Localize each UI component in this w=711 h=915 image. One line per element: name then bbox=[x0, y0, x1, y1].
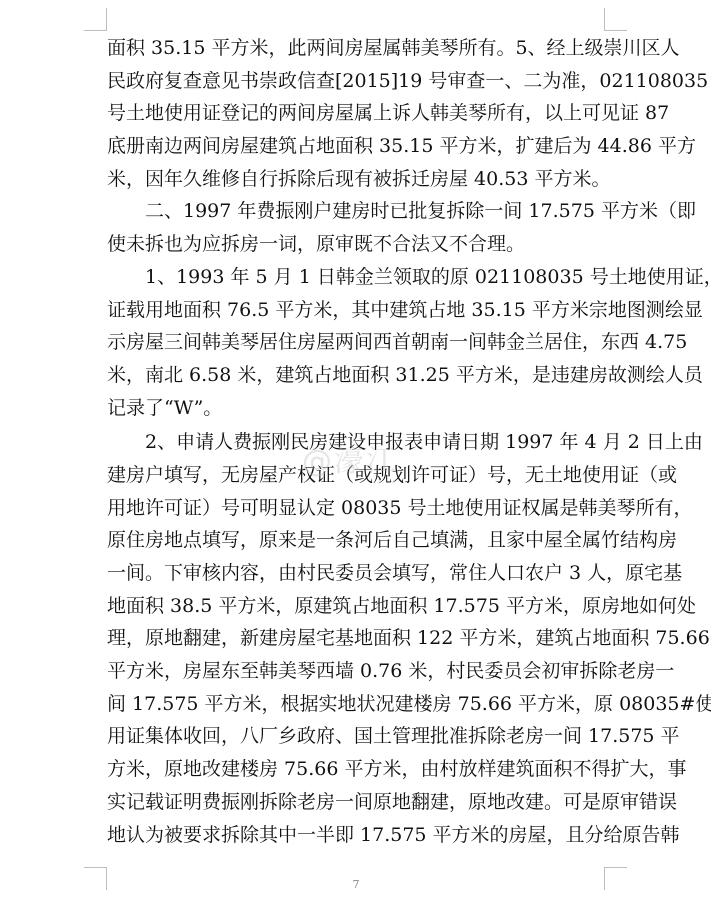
margin-corner-mark-bottom-left bbox=[84, 867, 107, 890]
text-line: 证载用地面积 76.5 平方米，其中建筑占地 35.15 平方米宗地图测绘显 bbox=[107, 294, 604, 327]
text-line: 建房户填写，无房屋产权证（或规划许可证）号，无土地使用证（或 bbox=[107, 459, 604, 492]
text-line: 一间。下审核内容，由村民委员会填写，常住人口农户 3 人，原宅基 bbox=[107, 557, 604, 590]
text-line: 民政府复查意见书崇政信查[2015]19 号审查一、二为准，021108035 bbox=[107, 65, 604, 98]
margin-corner-mark-top-right bbox=[604, 8, 627, 31]
text-line: 面积 35.15 平方米，此两间房屋属韩美琴所有。5、经上级崇川区人 bbox=[107, 32, 604, 65]
text-line: 使未拆也为应拆房一词，原审既不合法又不合理。 bbox=[107, 228, 604, 261]
text-line: 二、1997 年费振刚户建房时已批复拆除一间 17.575 平方米（即 bbox=[107, 195, 604, 228]
text-line: 方米，原地改建楼房 75.66 平方米，由村放样建筑面积不得扩大，事 bbox=[107, 753, 604, 786]
text-line: 地认为被要求拆除其中一半即 17.575 平方米的房屋，且分给原告韩 bbox=[107, 819, 604, 852]
text-line: 实记载证明费振刚拆除老房一间原地翻建，原地改建。可是原审错误 bbox=[107, 786, 604, 819]
page-number: 7 bbox=[350, 878, 362, 891]
text-line: 理，原地翻建，新建房屋宅基地面积 122 平方米，建筑占地面积 75.66 bbox=[107, 622, 604, 655]
paragraph: 2、申请人费振刚民房建设申报表申请日期 1997 年 4 月 2 日上由 建房户… bbox=[107, 426, 604, 851]
margin-corner-mark-bottom-right bbox=[604, 867, 627, 890]
paragraph: 二、1997 年费振刚户建房时已批复拆除一间 17.575 平方米（即 使未拆也… bbox=[107, 195, 604, 260]
text-line: 平方米，房屋东至韩美琴西墙 0.76 米，村民委员会初审拆除老房一 bbox=[107, 655, 604, 688]
text-line: 底册南边两间房屋建筑占地面积 35.15 平方米，扩建后为 44.86 平方 bbox=[107, 130, 604, 163]
document-page: 面积 35.15 平方米，此两间房屋属韩美琴所有。5、经上级崇川区人 民政府复查… bbox=[0, 0, 711, 915]
text-line: 2、申请人费振刚民房建设申报表申请日期 1997 年 4 月 2 日上由 bbox=[107, 426, 604, 459]
text-line: 用地许可证）号可明显认定 08035 号土地使用证权属是韩美琴所有， bbox=[107, 492, 604, 525]
document-body: 面积 35.15 平方米，此两间房屋属韩美琴所有。5、经上级崇川区人 民政府复查… bbox=[107, 32, 604, 851]
text-line: 号土地使用证登记的两间房屋属上诉人韩美琴所有，以上可见证 87 bbox=[107, 97, 604, 130]
text-line: 地面积 38.5 平方米，原建筑占地面积 17.575 平方米，原房地如何处 bbox=[107, 590, 604, 623]
text-line: 用证集体收回，八厂乡政府、国土管理批准拆除老房一间 17.575 平 bbox=[107, 720, 604, 753]
text-line: 米，因年久维修自行拆除后现有被拆迁房屋 40.53 平方米。 bbox=[107, 163, 604, 196]
paragraph: 1、1993 年 5 月 1 日韩金兰领取的原 021108035 号土地使用证… bbox=[107, 261, 604, 424]
text-line: 1、1993 年 5 月 1 日韩金兰领取的原 021108035 号土地使用证… bbox=[107, 261, 604, 294]
paragraph: 面积 35.15 平方米，此两间房屋属韩美琴所有。5、经上级崇川区人 民政府复查… bbox=[107, 32, 604, 195]
text-line: 示房屋三间韩美琴居住房屋两间西首朝南一间韩金兰居住，东西 4.75 bbox=[107, 326, 604, 359]
text-line: 原住房地点填写，原来是一条河后自己填满，且家中屋全属竹结构房 bbox=[107, 524, 604, 557]
margin-corner-mark-top-left bbox=[84, 8, 107, 31]
text-line: 米，南北 6.58 米，建筑占地面积 31.25 平方米，是违建房故测绘人员 bbox=[107, 359, 604, 392]
text-line: 间 17.575 平方米，根据实地状况建楼房 75.66 平方米，原 08035… bbox=[107, 688, 604, 721]
text-line: 记录了“W”。 bbox=[107, 392, 604, 425]
